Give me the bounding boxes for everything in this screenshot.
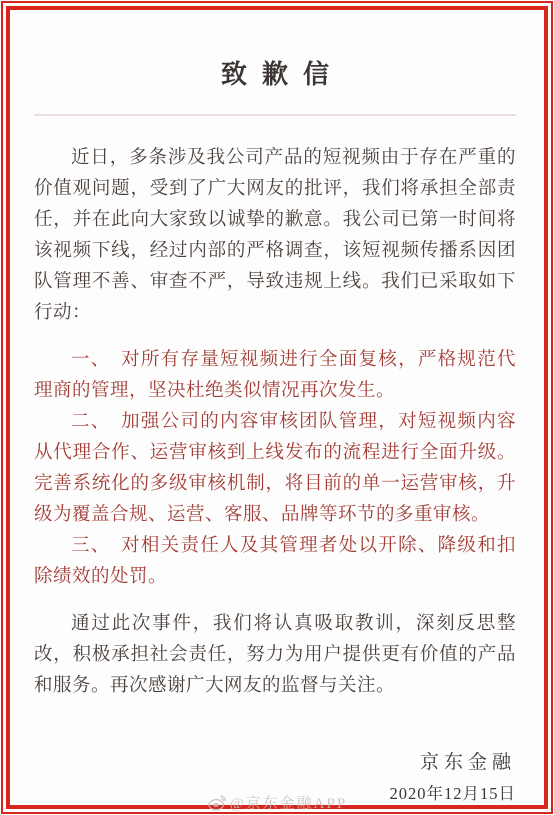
action-item-3: 三、 对相关责任人及其管理者处以开除、降级和扣除绩效的处罚。 (34, 531, 516, 593)
watermark: @京东金融APP (0, 792, 554, 813)
letter-content: 致歉信 近日，多条涉及我公司产品的短视频由于存在严重的价值观问题，受到了广大网友… (10, 10, 544, 805)
action-item-2: 二、 加强公司的内容审核团队管理，对短视频内容从代理合作、运营审核到上线发布的流… (34, 407, 516, 531)
action-list: 一、 对所有存量短视频进行全面复核，严格规范代理商的管理，坚决杜绝类似情况再次发… (34, 345, 516, 593)
closing-paragraph: 通过此次事件，我们将认真吸取教训，深刻反思整改，积极承担社会责任，努力为用户提供… (34, 609, 516, 702)
apology-letter: 致歉信 近日，多条涉及我公司产品的短视频由于存在严重的价值观问题，受到了广大网友… (0, 0, 554, 815)
letter-title: 致歉信 (34, 57, 516, 93)
action-item-1: 一、 对所有存量短视频进行全面复核，严格规范代理商的管理，坚决杜绝类似情况再次发… (34, 345, 516, 407)
signature: 京东金融 (34, 750, 516, 776)
weibo-icon (207, 794, 227, 811)
intro-paragraph: 近日，多条涉及我公司产品的短视频由于存在严重的价值观问题，受到了广大网友的批评，… (34, 143, 516, 329)
watermark-text: @京东金融APP (230, 796, 347, 812)
title-divider (34, 114, 516, 116)
